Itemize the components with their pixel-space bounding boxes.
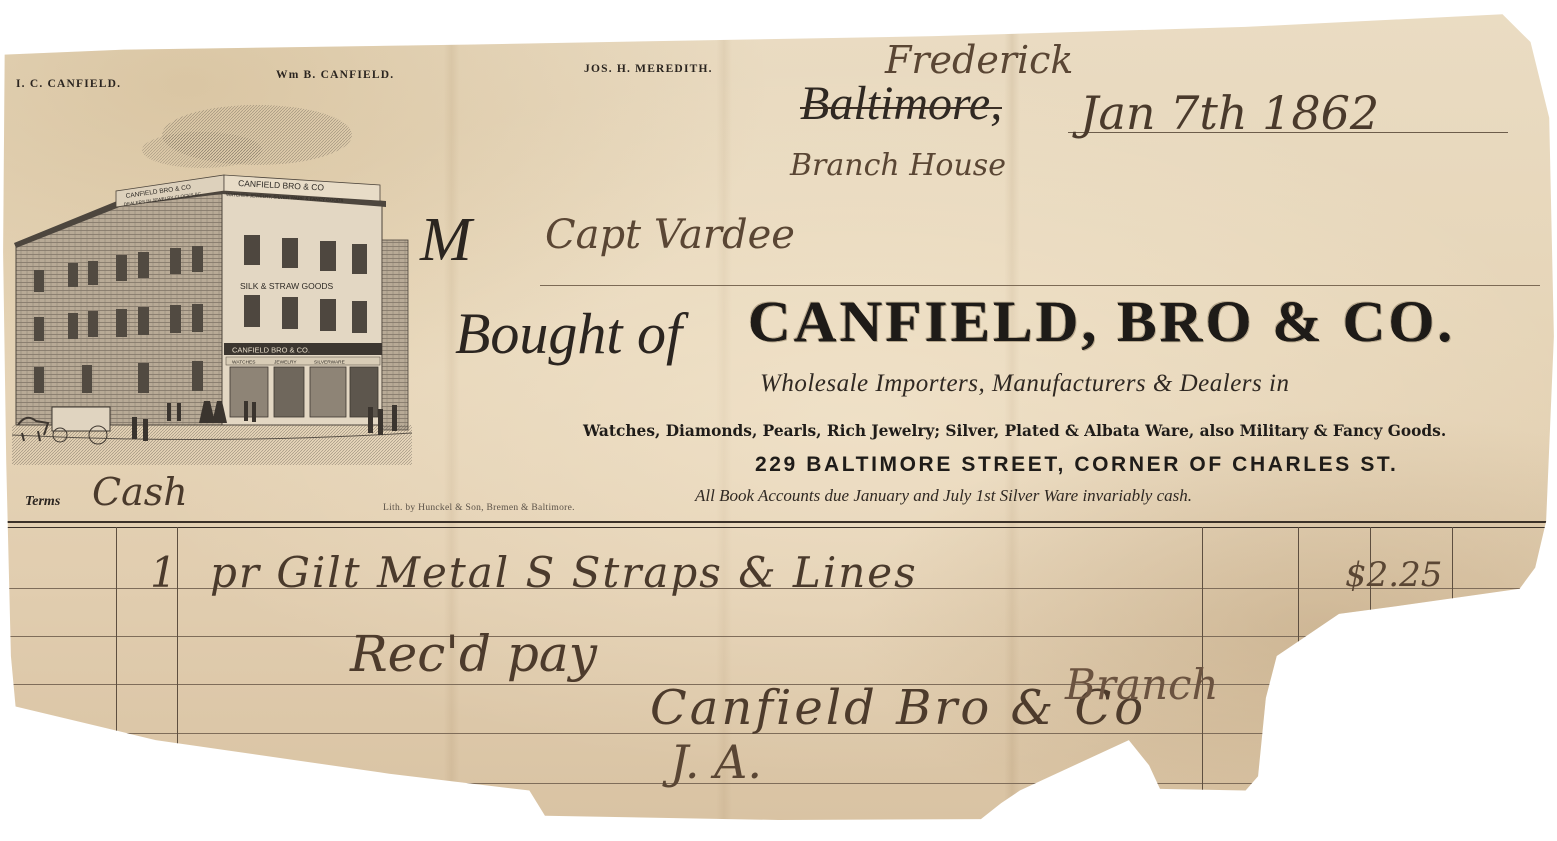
svg-text:SILVERWARE: SILVERWARE (314, 360, 345, 366)
terms-value: Cash (92, 470, 188, 514)
receipt-signature-continuation: Branch (1065, 660, 1219, 709)
ledger-column-line (1298, 527, 1299, 827)
ledger-row-line (4, 783, 1553, 784)
partner-name: JOS. H. MEREDITH. (584, 63, 713, 75)
lithographer-credit: Lith. by Hunckel & Son, Bremen & Baltimo… (383, 503, 575, 513)
ledger-column-line (116, 527, 117, 797)
bought-of-label: Bought of (455, 300, 682, 367)
addressee-name: Capt Vardee (545, 212, 795, 258)
company-name: CANFIELD, BRO & CO. (748, 288, 1455, 355)
entry-description: pr Gilt Metal S Straps & Lines (210, 548, 918, 597)
place-printed-struck: Baltimore, (800, 76, 1002, 131)
partner-name: I. C. CANFIELD. (16, 78, 121, 90)
terms-label: Terms (25, 494, 60, 510)
entry-amount: $2.25 (1345, 555, 1442, 595)
company-tagline: Wholesale Importers, Manufacturers & Dea… (760, 370, 1289, 398)
ledger-column-line (177, 527, 178, 802)
entry-quantity: 1 (150, 548, 177, 597)
ledger-top-rule (4, 521, 1553, 528)
svg-text:CANFIELD BRO & CO.: CANFIELD BRO & CO. (232, 346, 310, 355)
invoice-paper: I. C. CANFIELD. Wm B. CANFIELD. JOS. H. … (0, 0, 1557, 841)
branch-note: Branch House (790, 148, 1006, 183)
ledger-row-line (4, 636, 1553, 637)
svg-text:SILK & STRAW GOODS: SILK & STRAW GOODS (240, 281, 334, 291)
company-goods: Watches, Diamonds, Pearls, Rich Jewelry;… (583, 421, 1446, 440)
accounts-note: All Book Accounts due January and July 1… (695, 486, 1192, 506)
partner-name: Wm B. CANFIELD. (276, 69, 394, 81)
company-address: 229 BALTIMORE STREET, CORNER OF CHARLES … (755, 453, 1398, 477)
receipt-line: Rec'd pay (350, 625, 597, 683)
svg-text:WATCHES: WATCHES (232, 360, 255, 366)
svg-text:JEWELRY: JEWELRY (274, 360, 297, 366)
invoice-date: Jan 7th 1862 (1080, 86, 1379, 140)
addressee-prefix: M (420, 205, 472, 276)
signer-initials: J. A. (670, 735, 762, 789)
addressee-underline (540, 285, 1540, 286)
ledger-column-line (1452, 527, 1453, 637)
store-building-engraving: CANFIELD BRO & CO DEALERS IN JEWELRY CLO… (12, 95, 412, 475)
